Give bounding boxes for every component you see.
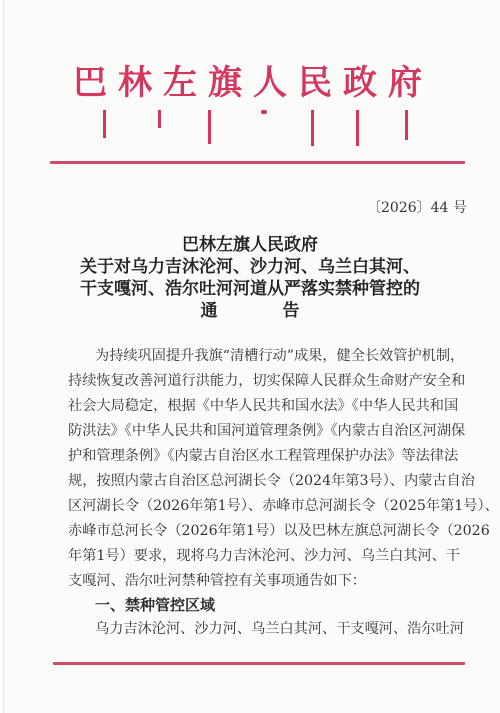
title-line: 干支嘎河、浩尔吐河河道从严落实禁种管控的 xyxy=(0,278,500,300)
title-line: 通 告 xyxy=(0,300,500,322)
document-number: 〔2026〕44 号 xyxy=(367,197,467,217)
mongolian-word-icon xyxy=(205,110,213,144)
footer-divider xyxy=(53,662,465,665)
body-line: 支嘎河、浩尔吐河禁种管控有关事项通告如下： xyxy=(68,569,458,594)
body-line: 持续恢复改善河道行洪能力，切实保障人民群众生命财产安全和 xyxy=(68,369,458,394)
title-line: 关于对乌力吉沐沦河、沙力河、乌兰白其河、 xyxy=(0,256,500,278)
mongolian-word-icon xyxy=(402,110,410,140)
body-paragraph: 为持续巩固提升我旗“清槽行动”成果，健全长效管护机制， 持续恢复改善河道行洪能力… xyxy=(68,344,458,594)
page-edge xyxy=(3,0,4,713)
document-page: 巴林左旗人民政府 〔2026〕44 号 巴林左旗人民政府 关于对乌力吉沐沦河、沙… xyxy=(0,0,500,713)
letterhead-divider xyxy=(50,161,465,164)
body-line: 社会大局稳定，根据《中华人民共和国水法》《中华人民共和国 xyxy=(68,394,458,419)
mongolian-word-icon xyxy=(155,110,163,128)
body-line: 护和管理条例》《内蒙古自治区水工程管理保护办法》等法律法 xyxy=(68,444,458,469)
mongolian-word-icon xyxy=(260,110,268,114)
body-line: 年第1号）要求，现将乌力吉沐沦河、沙力河、乌兰白其河、干 xyxy=(68,544,458,569)
document-title: 巴林左旗人民政府 关于对乌力吉沐沦河、沙力河、乌兰白其河、 干支嘎河、浩尔吐河河… xyxy=(0,234,500,322)
body-line: 防洪法》《中华人民共和国河道管理条例》《内蒙古自治区河湖保 xyxy=(68,419,458,444)
mongolian-word-icon xyxy=(100,110,108,138)
body-line: 规，按照内蒙古自治区总河湖长令（2024年第3号）、内蒙古自治 xyxy=(68,469,458,494)
section-text: 乌力吉沐沦河、沙力河、乌兰白其河、干支嘎河、浩尔吐河 xyxy=(95,618,460,638)
body-line: 赤峰市总河长令（2026年第1号）以及巴林左旗总河湖长令（2026 xyxy=(68,519,458,544)
body-line: 为持续巩固提升我旗“清槽行动”成果，健全长效管护机制， xyxy=(68,344,458,369)
body-line: 区河湖长令（2026年第1号）、赤峰市总河湖长令（2025年第1号）、 xyxy=(68,494,458,519)
letterhead-mongolian-script xyxy=(0,110,500,155)
title-line: 巴林左旗人民政府 xyxy=(0,234,500,256)
section-heading: 一、禁种管控区域 xyxy=(95,594,215,615)
mongolian-word-icon xyxy=(308,110,316,146)
mongolian-word-icon xyxy=(353,110,361,146)
letterhead-org-name: 巴林左旗人民政府 xyxy=(0,63,500,103)
